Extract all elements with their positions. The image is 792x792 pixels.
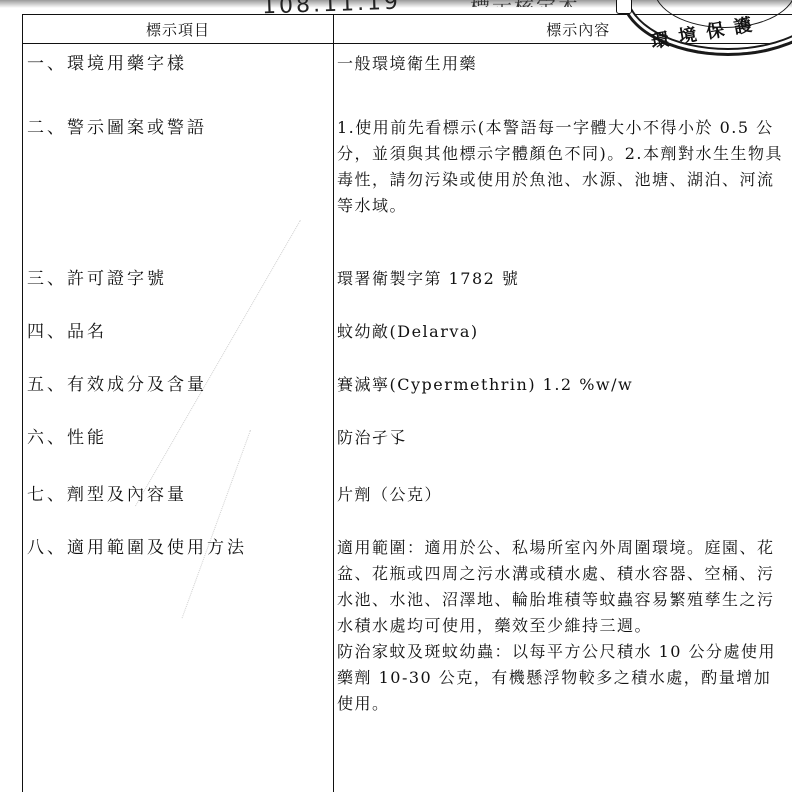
header-item: 標示項目	[23, 15, 334, 44]
seal-emblem-icon	[616, 0, 632, 14]
usage-scope-paragraph: 適用範圍：適用於公、私場所室內外周圍環境。庭園、花盆、花瓶或四周之污水溝或積水處…	[337, 535, 787, 639]
item-label: 六、性能	[23, 425, 333, 451]
item-content: 環署衛製字第 1782 號	[334, 266, 787, 292]
document-title-partial: 標示核定本	[470, 0, 580, 7]
item-content: 適用範圍：適用於公、私場所室內外周圍環境。庭園、花盆、花瓶或四周之污水溝或積水處…	[334, 535, 787, 717]
item-label: 七、劑型及內容量	[23, 482, 333, 508]
item-content: 片劑（公克）	[334, 482, 787, 508]
table-row: 七、劑型及內容量 片劑（公克）	[23, 482, 792, 535]
item-label: 一、環境用藥字樣	[23, 51, 333, 77]
table-row: 五、有效成分及含量 賽滅寧(Cypermethrin) 1.2 %w/w	[23, 372, 792, 425]
item-content: 蚊幼敵(Delarva)	[334, 319, 787, 345]
item-label: 八、適用範圍及使用方法	[23, 535, 333, 561]
usage-method-paragraph: 防治家蚊及斑蚊幼蟲：以每平方公尺積水 10 公分處使用藥劑 10-30 公克，有…	[337, 639, 787, 717]
table-row: 八、適用範圍及使用方法 適用範圍：適用於公、私場所室內外周圍環境。庭園、花盆、花…	[23, 535, 792, 792]
table-row: 三、許可證字號 環署衛製字第 1782 號	[23, 257, 792, 319]
item-content: 賽滅寧(Cypermethrin) 1.2 %w/w	[334, 372, 787, 398]
table-row: 一、環境用藥字樣 一般環境衛生用藥	[23, 44, 792, 116]
item-label: 三、許可證字號	[23, 266, 333, 292]
item-label: 五、有效成分及含量	[23, 372, 333, 398]
table-row: 二、警示圖案或警語 1.使用前先看標示(本警語每一字體大小不得小於 0.5 公分…	[23, 115, 792, 257]
item-content: 防治孑孓	[334, 425, 787, 451]
item-label: 四、品名	[23, 319, 333, 345]
item-label: 二、警示圖案或警語	[23, 115, 333, 141]
label-specification-table: 標示項目 標示內容 一、環境用藥字樣 一般環境衛生用藥 二、警示圖案或警語 1.…	[22, 14, 792, 792]
item-content: 1.使用前先看標示(本警語每一字體大小不得小於 0.5 公分，並須與其他標示字體…	[334, 115, 787, 219]
table-row: 六、性能 防治孑孓	[23, 425, 792, 482]
table-row: 四、品名 蚊幼敵(Delarva)	[23, 319, 792, 372]
